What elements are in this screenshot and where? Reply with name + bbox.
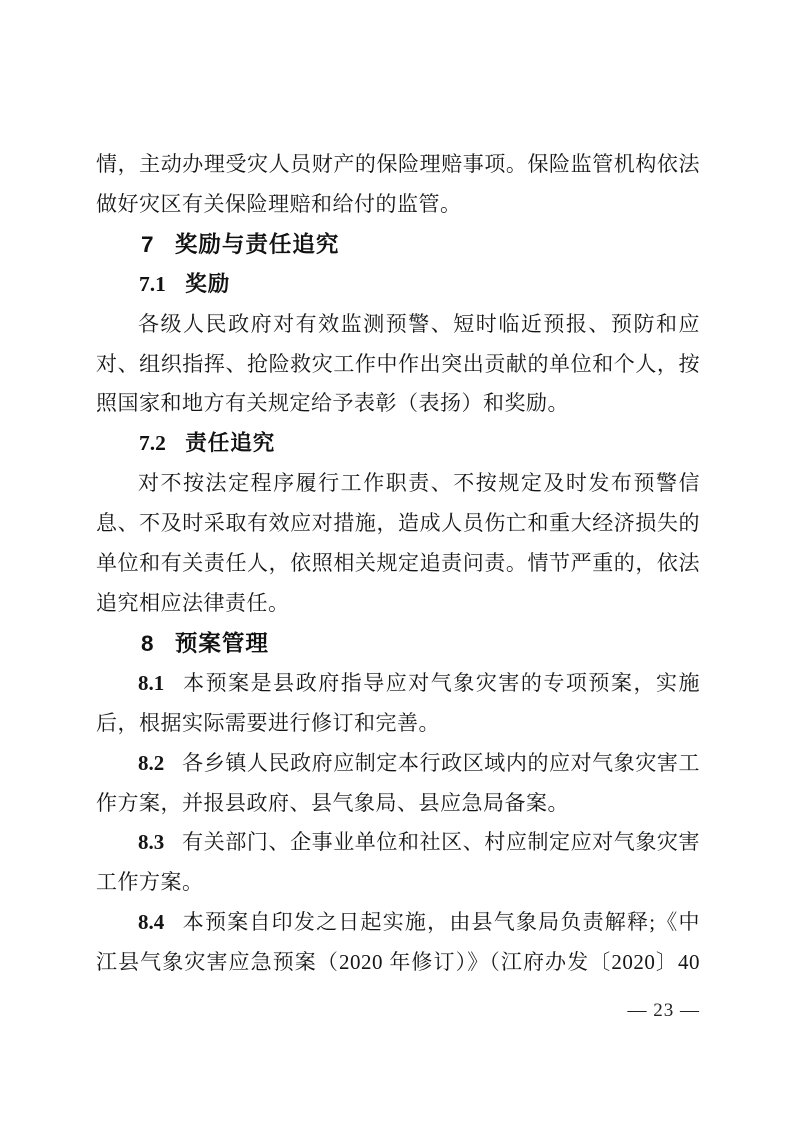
clause-text: 各乡镇人民政府应制定本行政区域内的应对气象灾害工作方案，并报县政府、县气象局、县… [96,751,700,815]
body-paragraph: 对不按法定程序履行工作职责、不按规定及时发布预警信息、不及时采取有效应对措施，造… [96,464,700,624]
clause-paragraph-8-4: 8.4本预案自印发之日起实施，由县气象局负责解释;《中江县气象灾害应急预案（20… [96,903,700,983]
page-number: — 23 — [96,998,700,1024]
clause-text: 有关部门、企事业单位和社区、村应制定应对气象灾害工作方案。 [96,830,700,894]
subsection-number: 7.2 [139,431,166,455]
clause-paragraph-8-1: 8.1本预案是县政府指导应对气象灾害的专项预案，实施后，根据实际需要进行修订和完… [96,664,700,744]
clause-number: 8.2 [138,751,164,775]
subsection-number: 7.1 [139,272,166,296]
section-heading-8: 8预案管理 [96,624,700,664]
clause-number: 8.4 [138,910,164,934]
clause-paragraph-8-3: 8.3有关部门、企事业单位和社区、村应制定应对气象灾害工作方案。 [96,823,700,903]
clause-text: 本预案是县政府指导应对气象灾害的专项预案，实施后，根据实际需要进行修订和完善。 [96,671,700,735]
clause-paragraph-8-2: 8.2各乡镇人民政府应制定本行政区域内的应对气象灾害工作方案，并报县政府、县气象… [96,744,700,824]
clause-text: 本预案自印发之日起实施，由县气象局负责解释;《中江县气象灾害应急预案（2020 … [96,910,700,974]
section-heading-7: 7奖励与责任追究 [96,225,700,265]
clause-number: 8.3 [138,830,164,854]
subsection-title: 责任追究 [185,431,275,455]
clause-number: 8.1 [138,671,164,695]
body-paragraph: 各级人民政府对有效监测预警、短时临近预报、预防和应对、组织指挥、抢险救灾工作中作… [96,305,700,425]
body-paragraph-continuation: 情，主动办理受灾人员财产的保险理赔事项。保险监管机构依法做好灾区有关保险理赔和给… [96,145,700,225]
section-number: 8 [141,631,154,656]
document-page: 情，主动办理受灾人员财产的保险理赔事项。保险监管机构依法做好灾区有关保险理赔和给… [0,0,793,1122]
subsection-heading-7-1: 7.1奖励 [96,265,700,305]
subsection-heading-7-2: 7.2责任追究 [96,424,700,464]
section-title: 奖励与责任追究 [175,232,340,257]
section-title: 预案管理 [175,631,269,656]
content-area: 情，主动办理受灾人员财产的保险理赔事项。保险监管机构依法做好灾区有关保险理赔和给… [96,145,700,983]
subsection-title: 奖励 [185,272,230,296]
section-number: 7 [141,232,154,257]
